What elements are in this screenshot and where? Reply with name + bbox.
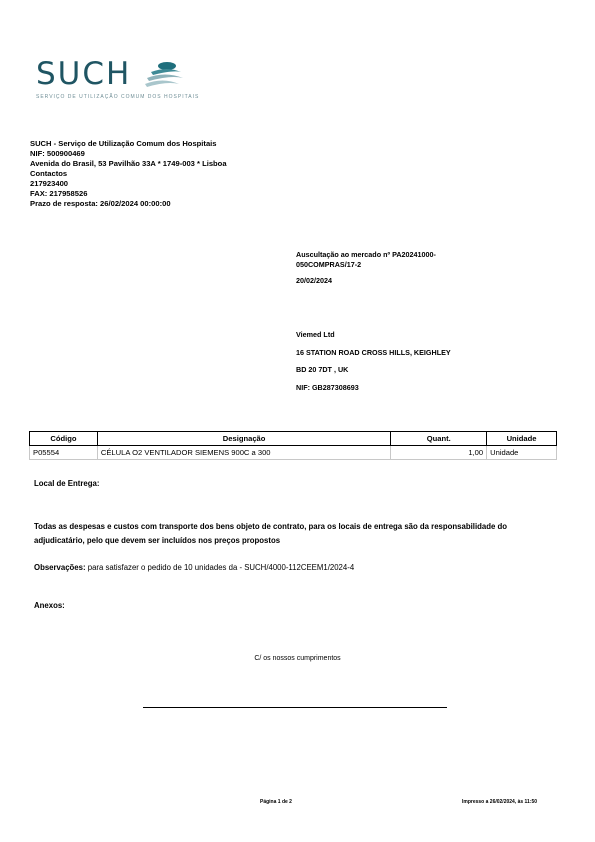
sender-fax: FAX: 217958526 [30,189,227,199]
reference-date: 20/02/2024 [296,276,332,285]
sender-address: Avenida do Brasil, 53 Pavilhão 33A * 174… [30,159,227,169]
header-code: Código [30,432,98,446]
sender-block: SUCH - Serviço de Utilização Comum dos H… [30,139,227,209]
logo-wordmark: SUCH [36,56,131,92]
sender-contacts-label: Contactos [30,169,227,179]
logo-swirl-icon [143,58,185,90]
header-unit: Unidade [487,432,557,446]
sender-phone: 217923400 [30,179,227,189]
recipient-block: Viemed Ltd 16 STATION ROAD CROSS HILLS, … [296,330,451,400]
cell-code: P05554 [30,446,98,460]
signature-line [143,707,447,708]
attachments-label: Anexos: [34,601,65,610]
cell-designation: CÉLULA O2 VENTILADOR SIEMENS 900C a 300 [97,446,391,460]
cell-unit: Unidade [487,446,557,460]
footer-page-number: Página 1 de 2 [260,799,292,805]
cell-quantity: 1,00 [391,446,487,460]
observations-label: Observações: [34,563,86,572]
observations: Observações: para satisfazer o pedido de… [34,563,354,572]
sender-nif: NIF: 500900469 [30,149,227,159]
reference-title: Auscultação ao mercado nº PA20241000-050… [296,250,496,269]
table-row: P05554 CÉLULA O2 VENTILADOR SIEMENS 900C… [30,446,557,460]
response-deadline: Prazo de resposta: 26/02/2024 00:00:00 [30,199,227,209]
footer-printed-date: Impresso a 26/02/2024, às 11:50 [462,799,537,805]
header-designation: Designação [97,432,391,446]
recipient-nif: NIF: GB287308693 [296,383,451,401]
recipient-postcode: BD 20 7DT , UK [296,365,451,383]
such-logo: SUCH SERVIÇO DE UTILIZAÇÃO COMUM DOS HOS… [36,56,196,106]
logo-subtitle: SERVIÇO DE UTILIZAÇÃO COMUM DOS HOSPITAI… [36,94,199,100]
items-table: Código Designação Quant. Unidade P05554 … [29,431,557,460]
sender-name: SUCH - Serviço de Utilização Comum dos H… [30,139,227,149]
header-quantity: Quant. [391,432,487,446]
recipient-address: 16 STATION ROAD CROSS HILLS, KEIGHLEY [296,348,451,366]
table-header-row: Código Designação Quant. Unidade [30,432,557,446]
observations-text: para satisfazer o pedido de 10 unidades … [86,563,355,572]
closing-text: C/ os nossos cumprimentos [0,655,595,662]
recipient-name: Viemed Ltd [296,330,451,348]
transport-note: Todas as despesas e custos com transport… [34,520,554,548]
delivery-location-label: Local de Entrega: [34,479,99,488]
